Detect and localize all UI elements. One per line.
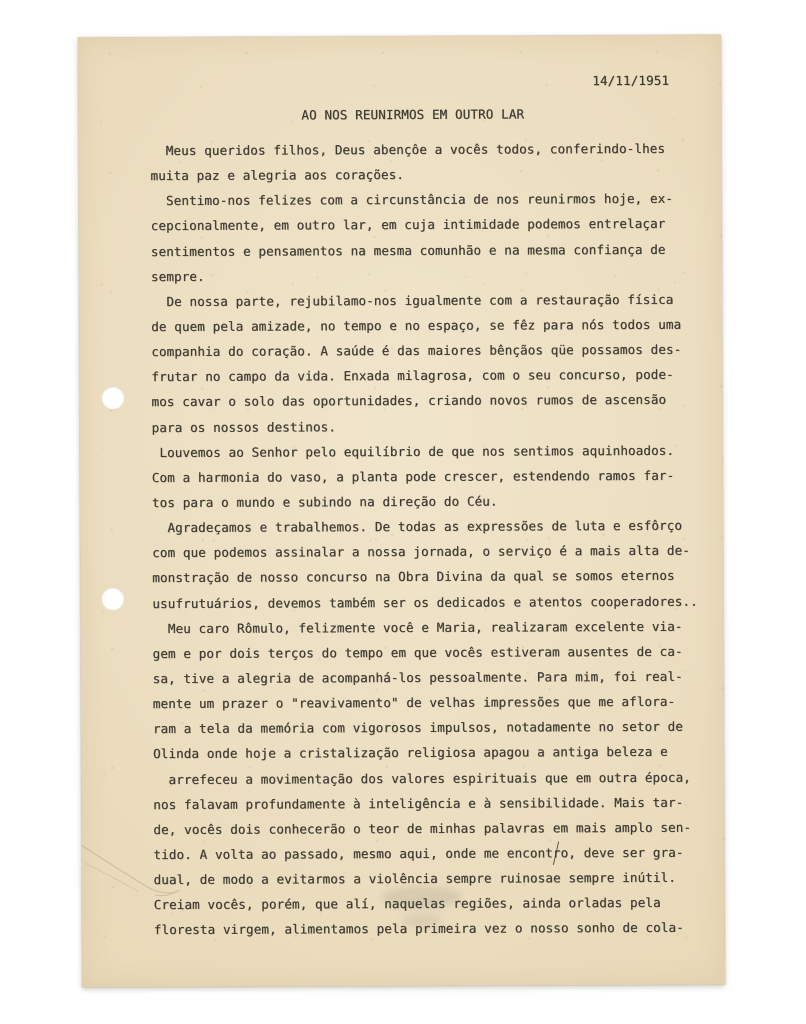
typed-line: ram a tela da memória com vigorosos impu… bbox=[153, 714, 724, 742]
typed-line: Sentimo-nos felizes com a circunstância … bbox=[151, 186, 722, 214]
typed-line: para os nossos destinos. bbox=[152, 412, 723, 440]
typed-lines: Meus queridos filhos, Deus abençôe a voc… bbox=[150, 136, 725, 943]
typed-line: mos cavar o solo das oportunidades, cria… bbox=[151, 387, 722, 415]
typed-line: Meus queridos filhos, Deus abençôe a voc… bbox=[150, 136, 721, 164]
punch-hole-bottom bbox=[101, 587, 124, 610]
punch-hole-top bbox=[101, 386, 124, 409]
typed-line: mente um prazer o "reavivamento" de velh… bbox=[153, 689, 724, 717]
document-paper: 14/11/1951 AO NOS REUNIRMOS EM OUTRO LAR… bbox=[78, 35, 725, 988]
typed-line: arrefeceu a movimentação dos valores esp… bbox=[153, 764, 724, 792]
typed-line: Olinda onde hoje a cristalização religio… bbox=[153, 739, 724, 767]
typed-line: de, vocês dois conhecerão o teor de minh… bbox=[153, 814, 724, 842]
typed-line: tos para o mundo e subindo na direção do… bbox=[152, 488, 723, 516]
typed-line: nos falavam profundamente à inteligência… bbox=[153, 789, 724, 817]
typed-line: usufrutuários, devemos também ser os ded… bbox=[152, 588, 723, 616]
typed-line: Louvemos ao Senhor pelo equilíbrio de qu… bbox=[152, 437, 723, 465]
typed-line: sa, tive a alegria de acompanhá-los pess… bbox=[153, 664, 724, 692]
scan-background: 14/11/1951 AO NOS REUNIRMOS EM OUTRO LAR… bbox=[0, 0, 806, 1024]
document-date: 14/11/1951 bbox=[592, 73, 669, 88]
typed-line: sempre. bbox=[151, 261, 722, 289]
typed-line: companhia do coração. A saúde é das maio… bbox=[151, 337, 722, 365]
typed-line: com que podemos assinalar a nossa jornad… bbox=[152, 538, 723, 566]
typed-line: De nossa parte, rejubilamo-nos igualment… bbox=[151, 286, 722, 314]
document-title: AO NOS REUNIRMOS EM OUTRO LAR bbox=[150, 106, 675, 123]
typed-line: cepcionalmente, em outro lar, em cuja in… bbox=[151, 211, 722, 239]
typed-line: Agradeçamos e trabalhemos. De todas as e… bbox=[152, 513, 723, 541]
typed-line: frutar no campo da vida. Enxada milagros… bbox=[151, 362, 722, 390]
typed-line: muita paz e alegria aos corações. bbox=[150, 161, 721, 189]
typed-line: gem e por dois terços do tempo em que vo… bbox=[153, 638, 724, 666]
typed-line: tido. A volta ao passado, mesmo aqui, on… bbox=[153, 840, 724, 868]
typed-line: Meu caro Rômulo, felizmente você e Maria… bbox=[152, 613, 723, 641]
typed-line: monstração de nosso concurso na Obra Div… bbox=[152, 563, 723, 591]
typed-line: de quem pela amizade, no tempo e no espa… bbox=[151, 312, 722, 340]
typed-line: Com a harmonia do vaso, a planta pode cr… bbox=[152, 462, 723, 490]
typed-line: sentimentos e pensamentos na mesma comun… bbox=[151, 236, 722, 264]
pencil-scribble-mark bbox=[75, 837, 205, 908]
